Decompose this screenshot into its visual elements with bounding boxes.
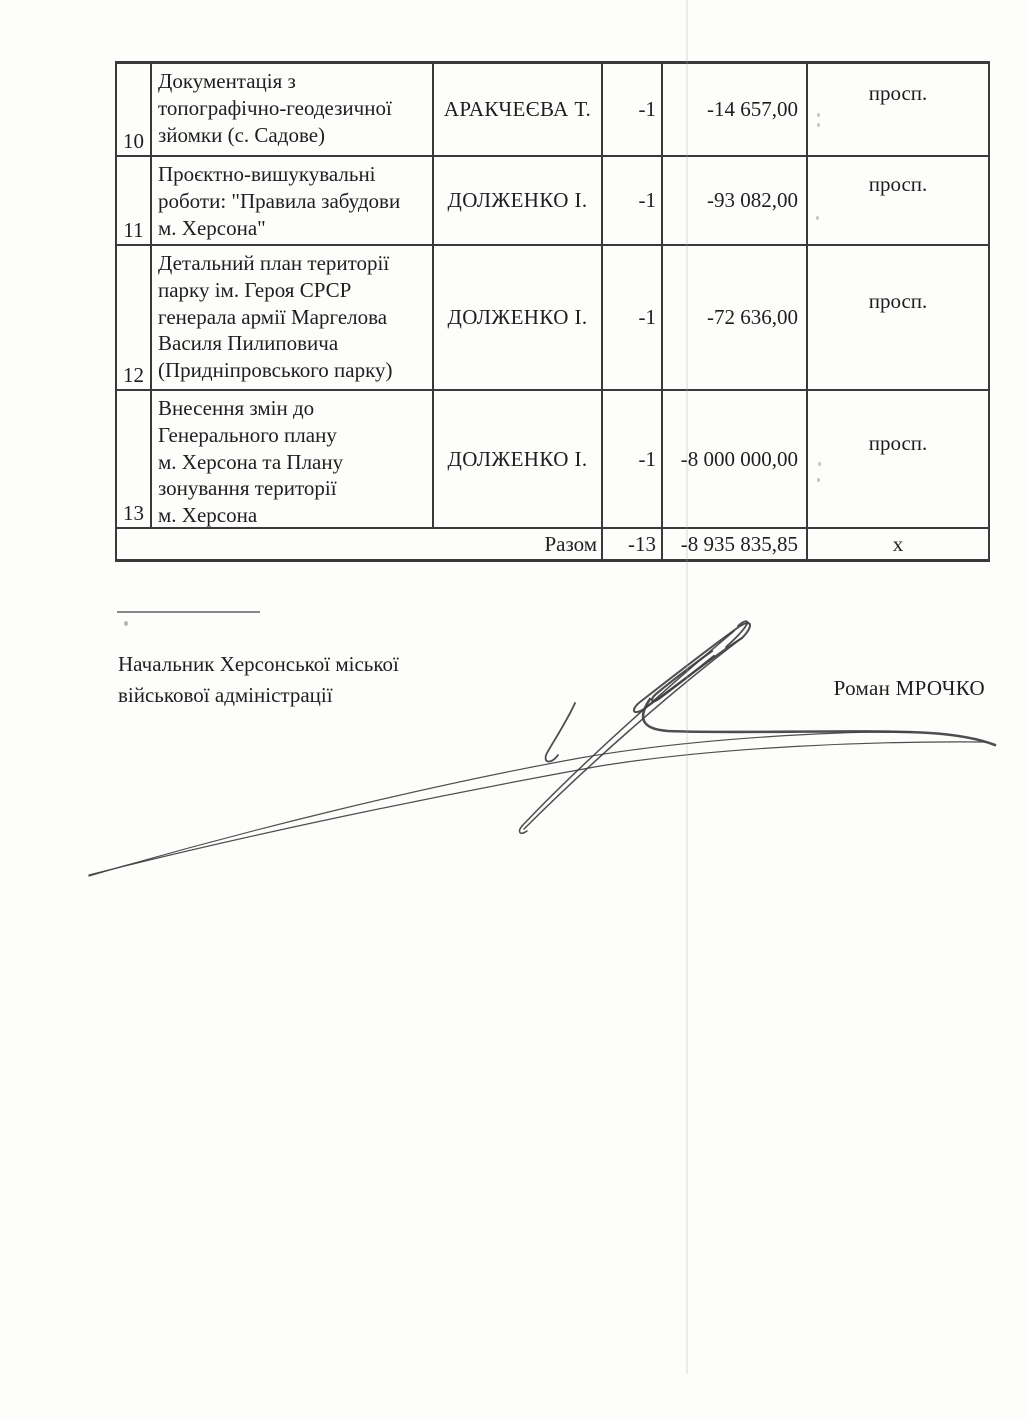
- row-13-description: Внесення змін до Генерального плану м. Х…: [152, 391, 434, 529]
- total-note: х: [808, 529, 988, 559]
- scan-speckle: [124, 621, 128, 626]
- note-text: х: [893, 532, 904, 557]
- note-text: просп.: [869, 81, 928, 106]
- row-13-number: 13: [117, 391, 152, 529]
- row-10-amount: -14 657,00: [663, 64, 808, 157]
- row-11-number: 11: [117, 157, 152, 246]
- row-11-description: Проєктно-вишукувальні роботи: "Правила з…: [152, 157, 434, 246]
- row-12-amount: -72 636,00: [663, 246, 808, 391]
- row-11-executor: ДОЛЖЕНКО І.: [434, 157, 603, 246]
- note-text: просп.: [869, 289, 928, 314]
- note-text: просп.: [869, 431, 928, 456]
- row-12-description: Детальний план території парку ім. Героя…: [152, 246, 434, 391]
- row-13-note: просп.: [808, 391, 988, 529]
- signature-separator-line: [117, 611, 260, 613]
- row-13-count: -1: [603, 391, 663, 529]
- scan-speckle: [818, 462, 821, 466]
- total-amount: -8 935 835,85: [663, 529, 808, 559]
- scan-speckle: [817, 123, 820, 127]
- row-10-executor: АРАКЧЕЄВА Т.: [434, 64, 603, 157]
- row-11-amount: -93 082,00: [663, 157, 808, 246]
- scan-speckle: [817, 478, 820, 482]
- total-count: -13: [603, 529, 663, 559]
- scan-speckle: [816, 216, 819, 220]
- row-11-note: просп.: [808, 157, 988, 246]
- row-12-note: просп.: [808, 246, 988, 391]
- row-12-count: -1: [603, 246, 663, 391]
- row-10-number: 10: [117, 64, 152, 157]
- row-10-count: -1: [603, 64, 663, 157]
- ledger-table: 10 Документація з топографічно-геодезичн…: [115, 61, 990, 562]
- total-label: Разом: [117, 529, 603, 559]
- row-10-note: просп.: [808, 64, 988, 157]
- row-12-executor: ДОЛЖЕНКО І.: [434, 246, 603, 391]
- row-10-description: Документація з топографічно-геодезичної …: [152, 64, 434, 157]
- row-13-amount: -8 000 000,00: [663, 391, 808, 529]
- signatory-title: Начальник Херсонської міської військової…: [118, 649, 399, 711]
- row-13-executor: ДОЛЖЕНКО І.: [434, 391, 603, 529]
- row-12-number: 12: [117, 246, 152, 391]
- scan-speckle: [817, 113, 820, 117]
- note-text: просп.: [869, 172, 928, 197]
- row-11-count: -1: [603, 157, 663, 246]
- scanned-document-page: { "table": { "rows": [ { "num": "10", "d…: [0, 0, 1026, 1420]
- signatory-name: Роман МРОЧКО: [834, 676, 985, 701]
